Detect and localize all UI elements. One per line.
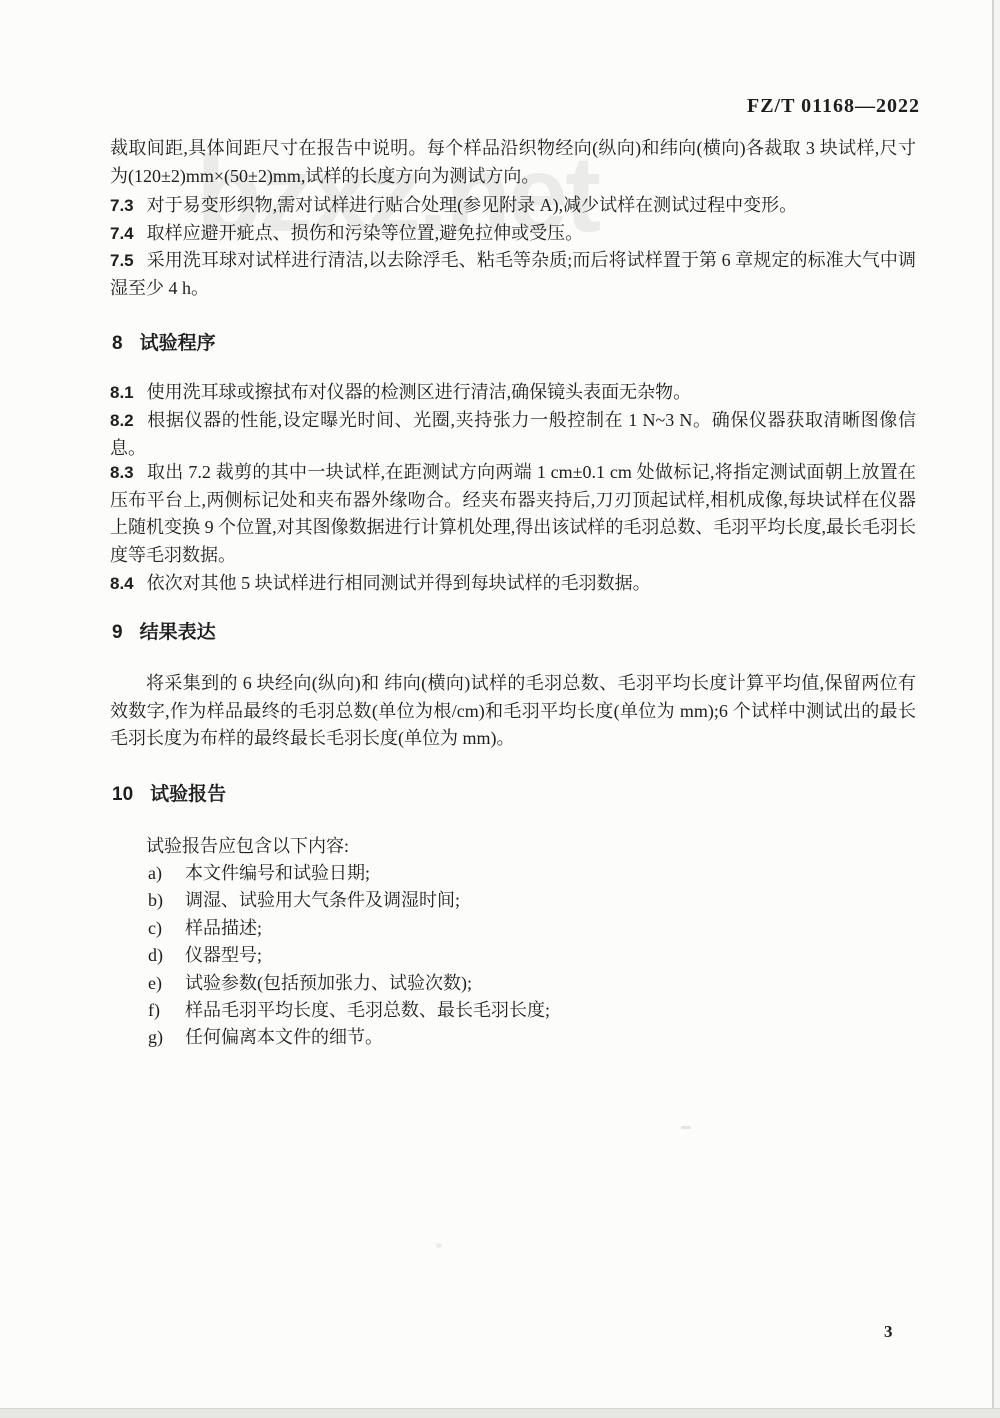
clause-text: 取样应避开疵点、损伤和污染等位置,避免拉伸或受压。 xyxy=(147,223,584,243)
section-title: 结果表达 xyxy=(140,622,216,643)
list-item-text: 任何偏离本文件的细节。 xyxy=(185,1024,383,1051)
scan-edge-line xyxy=(992,0,994,1418)
list-item: b)调湿、试验用大气条件及调湿时间; xyxy=(148,887,916,914)
clause-7-5: 7.5采用洗耳球对试样进行清洁,以去除浮毛、粘毛等杂质;而后将试样置于第 6 章… xyxy=(110,247,916,302)
section-number: 8 xyxy=(112,333,123,354)
list-item-text: 仪器型号; xyxy=(185,942,262,969)
section-title: 试验报告 xyxy=(150,784,226,805)
section-title: 试验程序 xyxy=(140,333,216,354)
section-number: 10 xyxy=(112,784,133,805)
standard-code-header: FZ/T 01168—2022 xyxy=(747,95,920,118)
list-item: f)样品毛羽平均长度、毛羽总数、最长毛羽长度; xyxy=(148,997,916,1024)
clause-text: 取出 7.2 裁剪的其中一块试样,在距测试方向两端 1 cm±0.1 cm 处做… xyxy=(110,462,916,565)
list-item-text: 调湿、试验用大气条件及调湿时间; xyxy=(185,887,460,914)
list-item-letter: f) xyxy=(148,997,185,1024)
clause-number: 7.3 xyxy=(110,196,134,215)
report-content-list: a)本文件编号和试验日期; b)调湿、试验用大气条件及调湿时间; c)样品描述;… xyxy=(148,860,916,1052)
section-10-heading: 10试验报告 xyxy=(112,784,912,806)
list-item-letter: d) xyxy=(148,942,185,969)
clause-number: 8.1 xyxy=(110,383,134,402)
section-8-heading: 8试验程序 xyxy=(112,333,912,355)
clause-number: 7.4 xyxy=(110,224,134,243)
scan-speck xyxy=(436,1243,442,1248)
clause-text: 对于易变形织物,需对试样进行贴合处理(参见附录 A),减少试样在测试过程中变形。 xyxy=(147,195,797,215)
section-10-intro: 试验报告应包含以下内容: xyxy=(110,833,916,861)
clause-8-1: 8.1使用洗耳球或擦拭布对仪器的检测区进行清洁,确保镜头表面无杂物。 xyxy=(110,379,916,407)
list-item: c)样品描述; xyxy=(148,915,916,942)
list-item: a)本文件编号和试验日期; xyxy=(148,860,916,887)
clause-text: 采用洗耳球对试样进行清洁,以去除浮毛、粘毛等杂质;而后将试样置于第 6 章规定的… xyxy=(110,250,916,298)
section-9-heading: 9结果表达 xyxy=(112,622,912,644)
clause-number: 8.4 xyxy=(110,574,134,593)
list-item: d)仪器型号; xyxy=(148,942,916,969)
clause-text: 根据仪器的性能,设定曝光时间、光圈,夹持张力一般控制在 1 N~3 N。确保仪器… xyxy=(110,410,916,458)
list-item: g)任何偏离本文件的细节。 xyxy=(148,1024,916,1051)
scanned-standard-page: bzxz.net FZ/T 01168—2022 裁取间距,具体间距尺寸在报告中… xyxy=(0,0,1000,1418)
continued-paragraph: 裁取间距,具体间距尺寸在报告中说明。每个样品沿织物经向(纵向)和纬向(横向)各裁… xyxy=(110,135,916,190)
clause-8-4: 8.4依次对其他 5 块试样进行相同测试并得到每块试样的毛羽数据。 xyxy=(110,570,916,598)
list-item-text: 试验参数(包括预加张力、试验次数); xyxy=(185,970,472,997)
section-9-paragraph: 将采集到的 6 块经向(纵向)和 纬向(横向)试样的毛羽总数、毛羽平均长度计算平… xyxy=(110,670,916,753)
list-item-letter: a) xyxy=(148,860,185,887)
section-number: 9 xyxy=(112,622,123,643)
list-item-text: 样品毛羽平均长度、毛羽总数、最长毛羽长度; xyxy=(185,997,550,1024)
scan-edge-strip xyxy=(994,0,1000,1418)
list-item: e)试验参数(包括预加张力、试验次数); xyxy=(148,970,916,997)
list-item-text: 本文件编号和试验日期; xyxy=(185,860,370,887)
clause-text: 依次对其他 5 块试样进行相同测试并得到每块试样的毛羽数据。 xyxy=(147,573,651,593)
scan-bottom-band xyxy=(0,1408,1000,1418)
list-item-letter: b) xyxy=(148,887,185,914)
list-item-letter: e) xyxy=(148,970,185,997)
scan-speck xyxy=(681,1126,691,1129)
clause-8-3: 8.3取出 7.2 裁剪的其中一块试样,在距测试方向两端 1 cm±0.1 cm… xyxy=(110,459,916,569)
clause-number: 8.3 xyxy=(110,463,134,482)
list-item-letter: c) xyxy=(148,915,185,942)
clause-number: 7.5 xyxy=(110,251,134,270)
list-item-letter: g) xyxy=(148,1024,185,1051)
clause-7-3: 7.3对于易变形织物,需对试样进行贴合处理(参见附录 A),减少试样在测试过程中… xyxy=(110,192,916,220)
list-item-text: 样品描述; xyxy=(185,915,262,942)
page-number: 3 xyxy=(884,1322,893,1342)
clause-number: 8.2 xyxy=(110,411,134,430)
clause-8-2: 8.2根据仪器的性能,设定曝光时间、光圈,夹持张力一般控制在 1 N~3 N。确… xyxy=(110,407,916,462)
clause-7-4: 7.4取样应避开疵点、损伤和污染等位置,避免拉伸或受压。 xyxy=(110,220,916,248)
clause-text: 使用洗耳球或擦拭布对仪器的检测区进行清洁,确保镜头表面无杂物。 xyxy=(147,382,692,402)
